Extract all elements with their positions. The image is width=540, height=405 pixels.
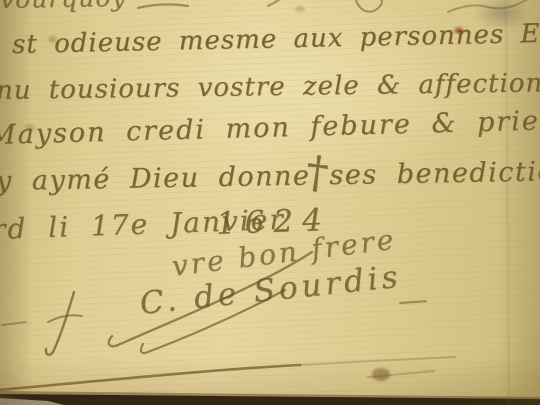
photo-bottom-border: [0, 391, 540, 405]
top-edge-cropped-strokes: [138, 0, 528, 12]
red-ink-stain: [450, 24, 472, 37]
manuscript-photo: vourquoy st odieuse mesme aux personnes …: [0, 0, 540, 405]
signature-paraph-strokes: [2, 252, 312, 355]
ink-flourish-strokes: [0, 0, 540, 405]
paper-crease: [506, 0, 509, 405]
